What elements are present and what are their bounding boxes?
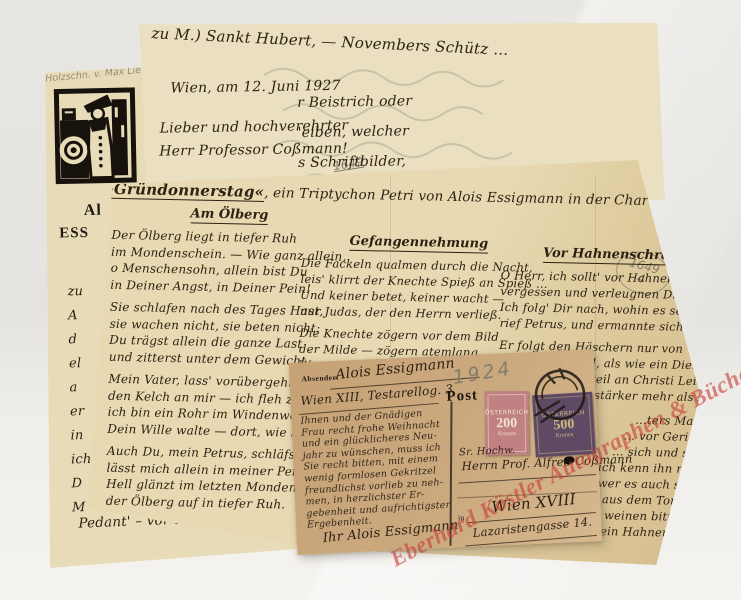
sender-name: Alois Essigmann	[335, 355, 456, 383]
postcard-message: Ihnen und der GnädigenFrau recht frohe W…	[300, 407, 447, 531]
margin-fragment: A	[68, 304, 89, 328]
margin-fragment: er	[70, 400, 91, 424]
margin-fragment: in	[70, 424, 91, 448]
margin-fragment: el	[69, 352, 90, 376]
note-fragment: r Beistrich oder	[297, 86, 413, 118]
address-prefix: in	[458, 513, 465, 522]
postcard-1924: Absender: Alois Essigmann Wien XIII, Tes…	[289, 349, 602, 555]
woodcut-illustration-icon	[53, 85, 137, 187]
margin-fragment: d	[68, 328, 89, 352]
margin-fragment: ich	[71, 448, 92, 472]
poem-column-heading: Am Ölberg	[190, 206, 268, 225]
pencil-year-note: 1924	[451, 357, 514, 389]
note-title-line: zu M.) Sankt Hubert, — Novembers Schütz …	[151, 24, 509, 59]
photo-of-manuscripts: Holzschn. v. Max Liebenwein Al ESS zuAde	[0, 0, 741, 600]
letterhead-text-line2: ESS	[59, 225, 89, 243]
sender-label: Absender:	[301, 373, 339, 384]
note-margin-fragments: r Beistrich oder'eiben, welchers Schrift…	[297, 86, 413, 178]
stamp-frame	[487, 394, 526, 452]
address-city: Wien XVIII	[491, 490, 577, 516]
note-fragment: 'eiben, welcher	[297, 116, 413, 148]
address-rule-line	[458, 474, 596, 484]
covered-letter-margin-fragments: zuAdelaerinichDM	[67, 280, 92, 520]
margin-fragment: a	[69, 376, 90, 400]
margin-fragment: zu	[67, 280, 88, 304]
poem-column-heading: Gefangennehmung	[349, 234, 488, 254]
letterhead-text-line1: Al	[84, 202, 102, 220]
poem-column-heading: Vor Hahnenschrei	[543, 246, 674, 266]
